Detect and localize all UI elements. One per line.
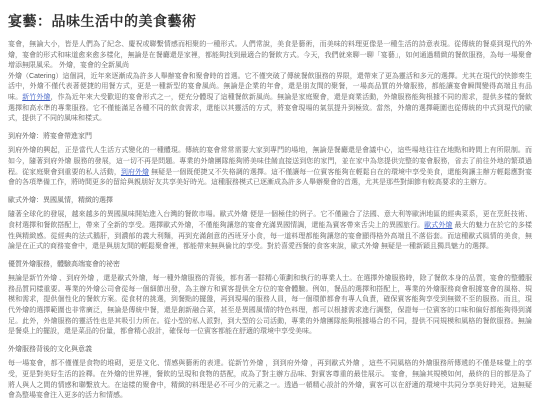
paragraph: 每一場宴會，都不僅僅是食物的堆砌，更是文化、情感與藝術的表達。從新竹外燴 ，到到… (8, 359, 532, 401)
inline-link[interactable]: 新竹外燴 (22, 94, 50, 101)
text-segment: 優質外燴服務，體驗高端宴會的祕密 (8, 261, 120, 268)
paragraph: 無論是新竹外燴 、到府外燴 ，還是歐式外燴，每一種外燴服務的背後，都有著一群精心… (8, 274, 532, 338)
section-heading: 到府外燴：將宴會帶進家門 (8, 132, 532, 143)
inline-link[interactable]: 到府外燴 (121, 169, 149, 176)
text-segment: 每一場宴會，都不僅僅是食物的堆砌，更是文化、情感與藝術的表達。從新竹外燴 ，到到… (8, 360, 532, 399)
section-heading: 優質外燴服務，體驗高端宴會的祕密 (8, 260, 532, 271)
text-segment: 外燴服務背後的文化與意義 (8, 346, 92, 353)
text-segment: 無論是新竹外燴 、到府外燴 ，還是歐式外燴，每一種外燴服務的背後，都有著一群精心… (8, 275, 532, 335)
text-segment: 歐式外燴：異國風情，精緻的選擇 (8, 197, 113, 204)
text-segment: 到府外燴：將宴會帶進家門 (8, 133, 92, 140)
text-segment: 宴會，無論大小，皆是人們為了紀念、慶祝或聯繫情感而相聚的一種形式。人們常說，美食… (8, 41, 532, 69)
paragraph: 到府外燴的興起，正是當代人生活方式變化的一種體現。傳統的宴會常常需要大家到專門的… (8, 146, 532, 188)
text-segment: ，作為近年來大受歡迎的宴會形式之一，便充分體現了這種餐飲新風尚。無論是家庭聚會，… (8, 94, 532, 122)
paragraph: 外燴（Catering）這個詞，近年來逐漸成為許多人舉辦宴會和聚會時的首選。它不… (8, 72, 532, 125)
article-body: 宴會，無論大小，皆是人們為了紀念、慶祝或聯繫情感而相聚的一種形式。人們常說，美食… (8, 40, 532, 402)
paragraph: 宴會，無論大小，皆是人們為了紀念、慶祝或聯繫情感而相聚的一種形式。人們常說，美食… (8, 40, 532, 72)
section-heading: 歐式外燴：異國風情，精緻的選擇 (8, 196, 532, 207)
inline-link[interactable]: 歐式外燴 (424, 222, 452, 229)
page-title: 宴藝：品味生活中的美食藝術 (8, 13, 532, 29)
page: 宴藝：品味生活中的美食藝術 宴會，無論大小，皆是人們為了紀念、慶祝或聯繫情感而相… (0, 0, 540, 405)
section-heading: 外燴服務背後的文化與意義 (8, 345, 532, 356)
paragraph: 隨著全球化的發展，越來越多的異國風味開始進入台灣的餐飲市場。歐式外燴 便是一個極… (8, 210, 532, 252)
